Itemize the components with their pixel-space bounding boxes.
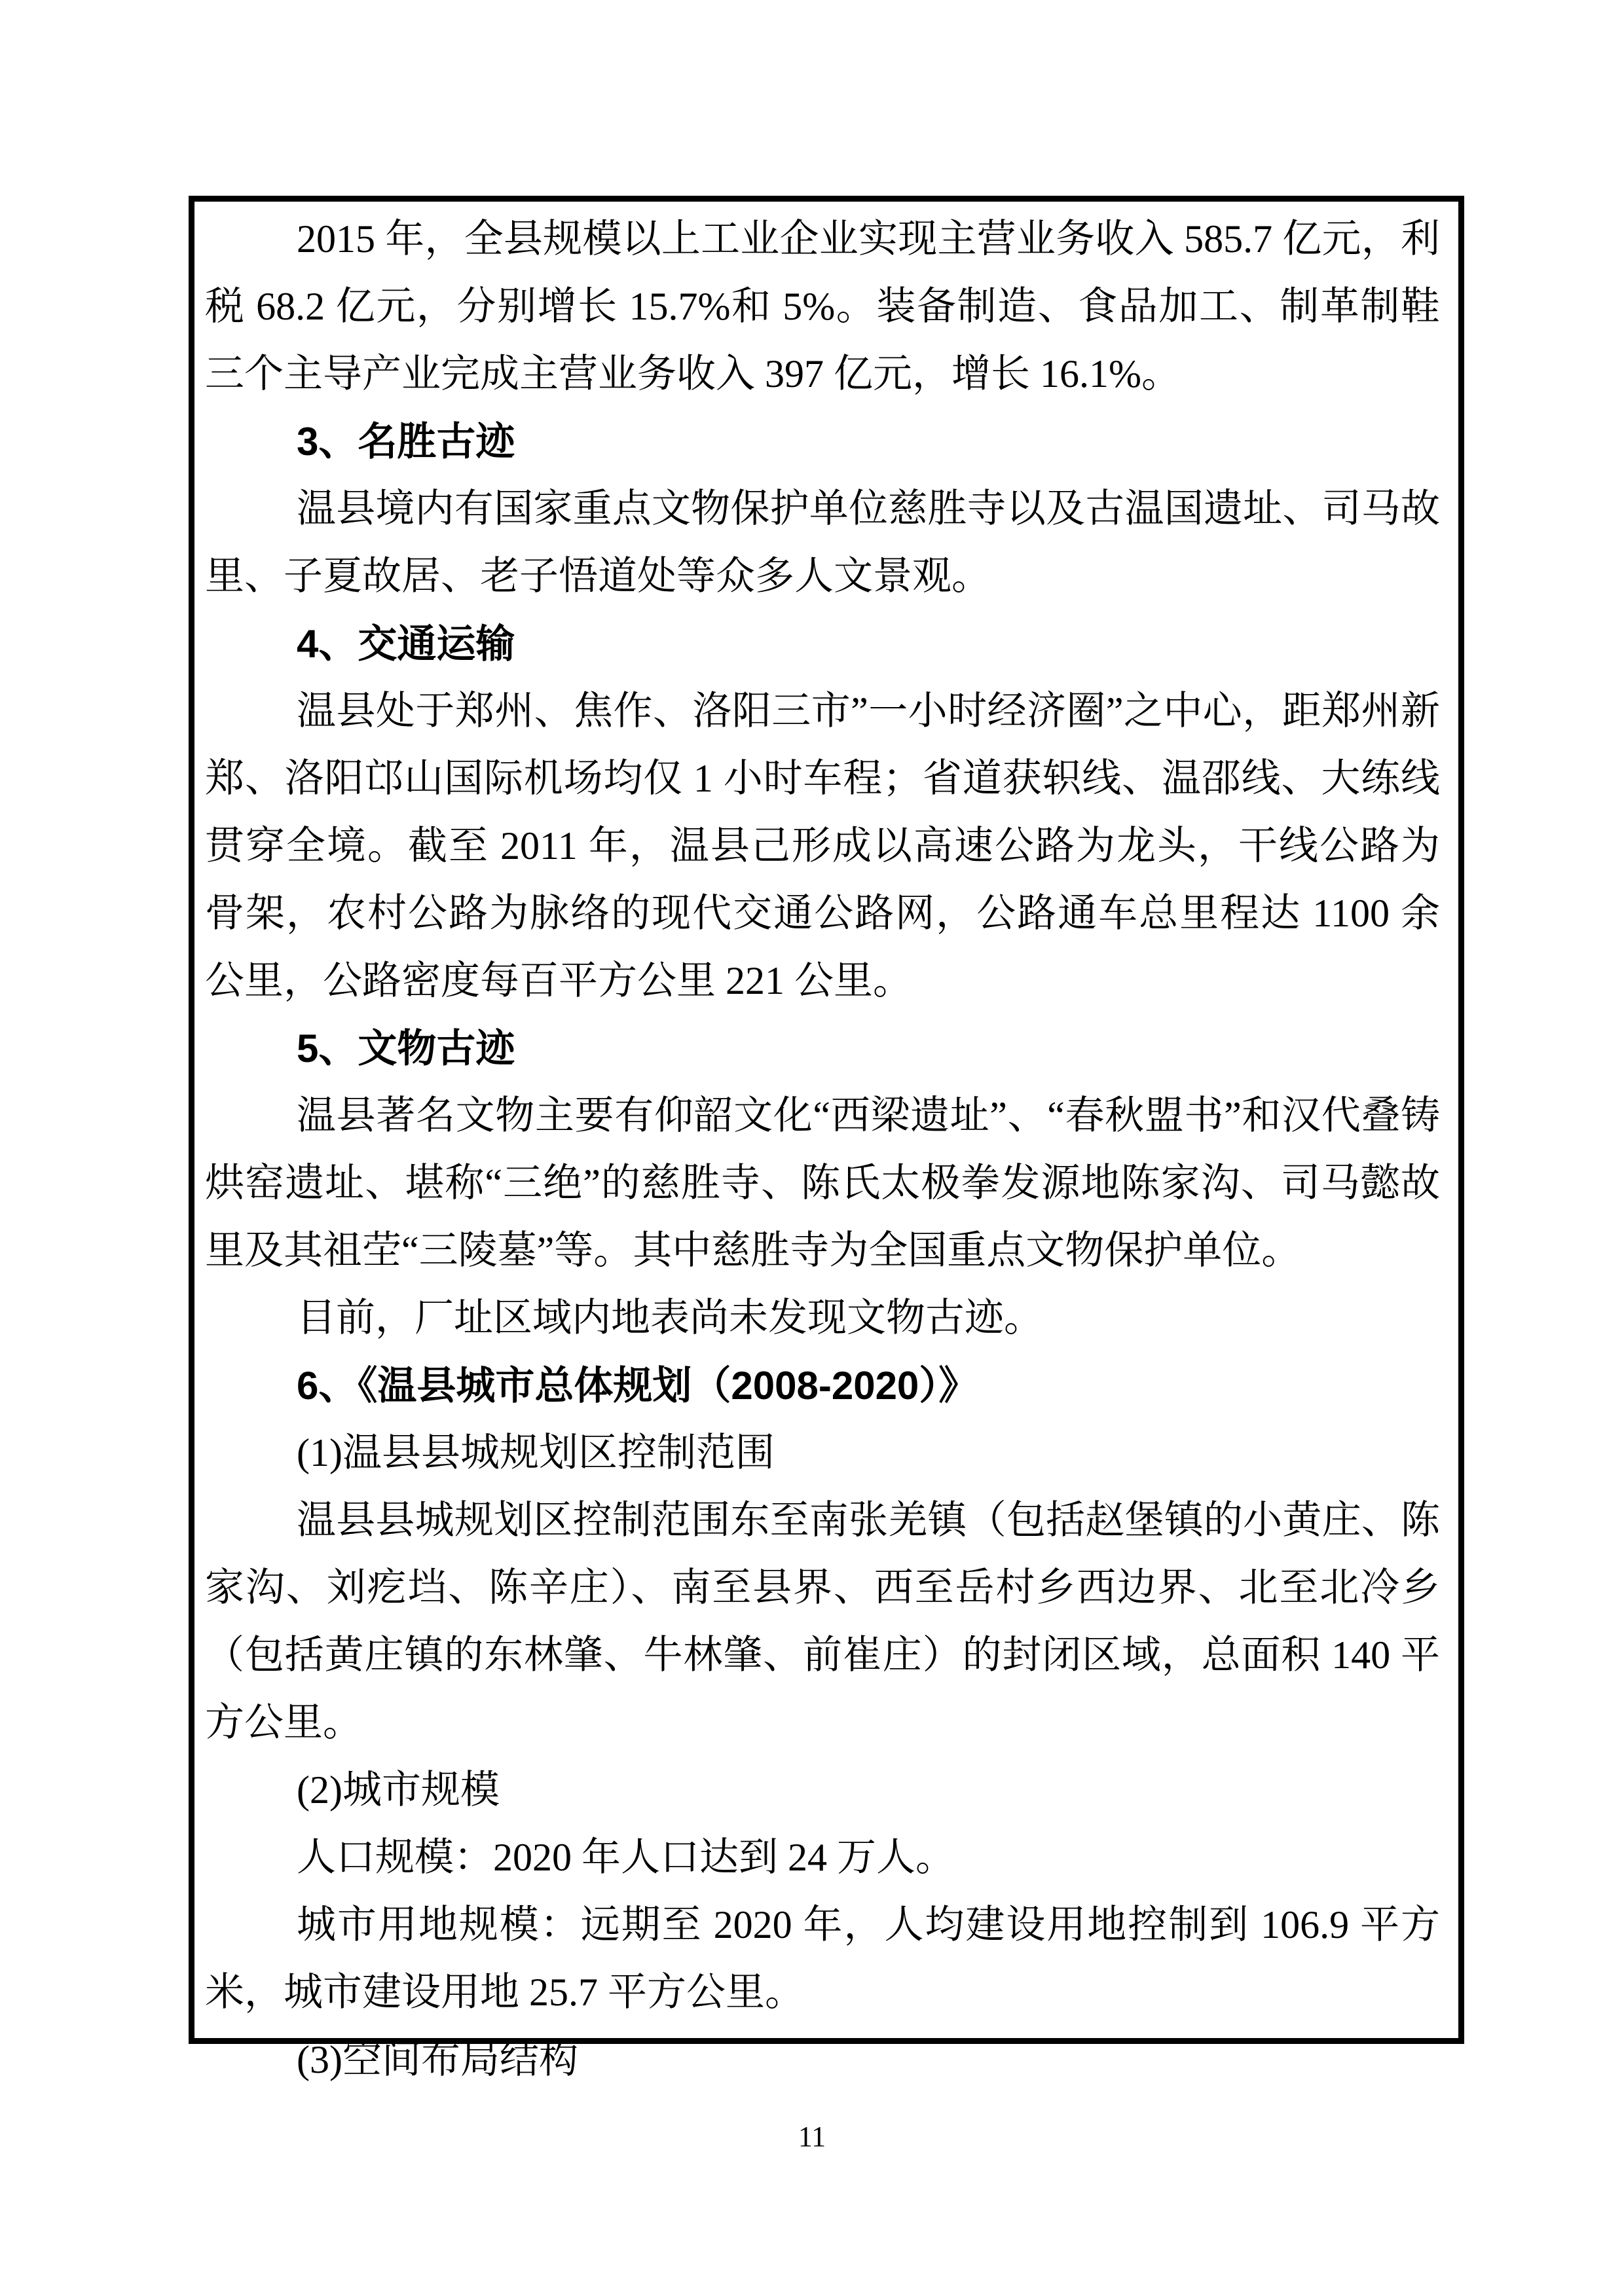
subheading-planning-control-scope: (1)温县县城规划区控制范围	[205, 1419, 1440, 1487]
heading-scenic-spots: 3、名胜古迹	[205, 408, 1440, 475]
heading-cultural-relics: 5、文物古迹	[205, 1015, 1440, 1082]
heading-transportation: 4、交通运输	[205, 610, 1440, 678]
paragraph-transportation: 温县处于郑州、焦作、洛阳三市”一小时经济圈”之中心，距郑州新郑、洛阳邙山国际机场…	[205, 678, 1440, 1015]
paragraph-planning-control-scope: 温县县城规划区控制范围东至南张羌镇（包括赵堡镇的小黄庄、陈家沟、刘疙垱、陈辛庄）…	[205, 1487, 1440, 1757]
paragraph-scenic-spots: 温县境内有国家重点文物保护单位慈胜寺以及古温国遗址、司马故里、子夏故居、老子悟道…	[205, 475, 1440, 610]
report-table-cell: 2015 年，全县规模以上工业企业实现主营业务收入 585.7 亿元，利税 68…	[189, 196, 1464, 2044]
paragraph-cultural-relics: 温县著名文物主要有仰韶文化“西梁遗址”、“春秋盟书”和汉代叠铸烘窑遗址、堪称“三…	[205, 1082, 1440, 1285]
heading-city-master-plan: 6、《温县城市总体规划（2008-2020）》	[205, 1352, 1440, 1419]
paragraph-industry-revenue: 2015 年，全县规模以上工业企业实现主营业务收入 585.7 亿元，利税 68…	[205, 206, 1440, 408]
paragraph-population-scale: 人口规模：2020 年人口达到 24 万人。	[205, 1824, 1440, 1891]
page-number: 11	[0, 2120, 1624, 2153]
paragraph-land-use-scale: 城市用地规模：远期至 2020 年，人均建设用地控制到 106.9 平方米，城市…	[205, 1891, 1440, 2026]
document-page: 2015 年，全县规模以上工业企业实现主营业务收入 585.7 亿元，利税 68…	[0, 0, 1624, 2296]
subheading-spatial-layout: (3)空间布局结构	[205, 2026, 1440, 2094]
subheading-city-scale: (2)城市规模	[205, 1757, 1440, 1824]
paragraph-site-no-relics: 目前，厂址区域内地表尚未发现文物古迹。	[205, 1285, 1440, 1352]
